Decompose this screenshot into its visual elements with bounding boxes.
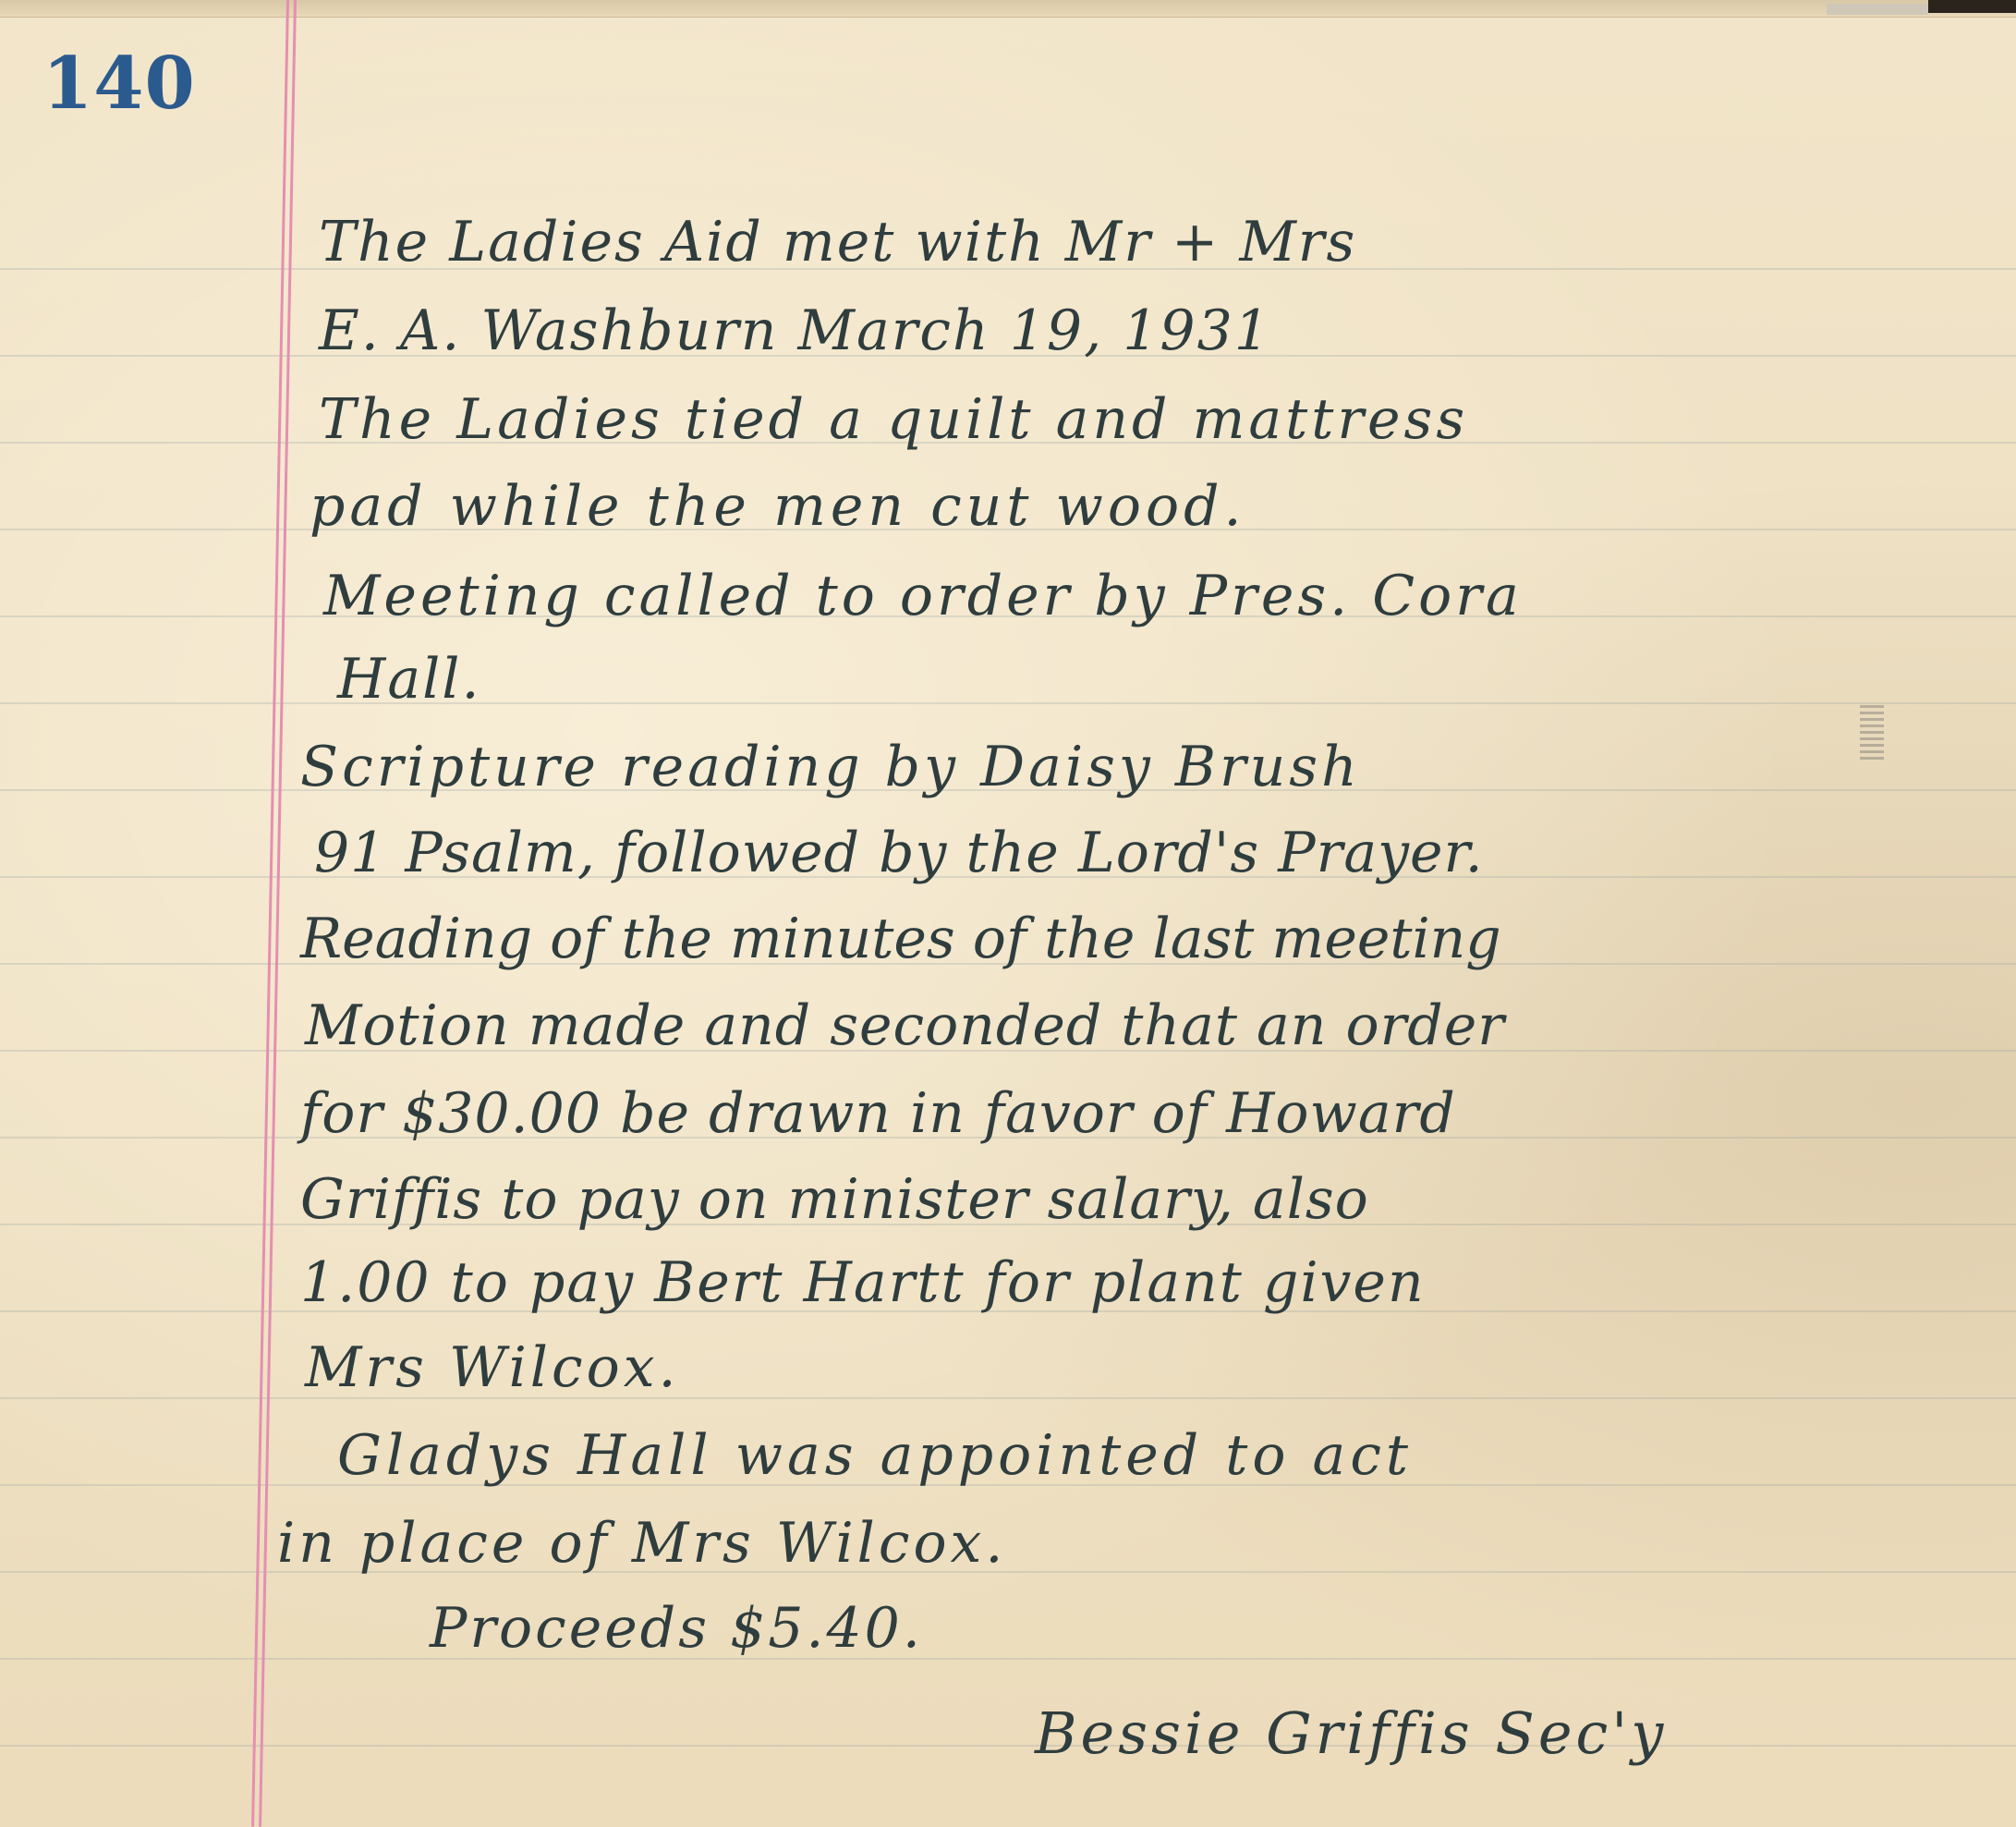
text-line: The Ladies tied a quilt and mattress [319, 392, 1468, 447]
text-line: Hall. [337, 652, 481, 707]
text-line: The Ladies Aid met with Mr + Mrs [319, 214, 1356, 270]
page-edge-shadow [1827, 4, 1928, 15]
ruled-line [0, 1658, 2016, 1660]
text-line: for $30.00 be drawn in favor of Howard [300, 1086, 1456, 1141]
page-number: 140 [43, 48, 196, 120]
secretary-signature: Bessie Griffis Sec'y [1035, 1705, 1667, 1762]
ruled-line [0, 1745, 2016, 1747]
page-top-edge [0, 0, 2016, 18]
text-line: Griffis to pay on minister salary, also [300, 1172, 1369, 1227]
ink-smudge [1860, 705, 1884, 762]
text-line: pad while the men cut wood. [310, 479, 1246, 534]
text-line: Reading of the minutes of the last meeti… [300, 911, 1501, 967]
ruled-line [0, 1397, 2016, 1399]
text-line: 91 Psalm, followed by the Lord's Prayer. [314, 825, 1484, 881]
text-line: Mrs Wilcox. [305, 1340, 680, 1395]
text-line: Motion made and seconded that an order [305, 998, 1505, 1054]
text-line: Meeting called to order by Pres. Cora [323, 568, 1523, 624]
book-binding-corner [1928, 0, 2016, 13]
text-line: E. A. Washburn March 19, 1931 [319, 303, 1271, 359]
text-line: 1.00 to pay Bert Hartt for plant given [300, 1255, 1426, 1310]
ledger-page: 140 The Ladies Aid met with Mr + Mrs E. … [0, 0, 2016, 1827]
text-line: Scripture reading by Daisy Brush [300, 739, 1361, 795]
text-line: Gladys Hall was appointed to act [337, 1428, 1413, 1483]
ruled-line [0, 702, 2016, 704]
text-line: in place of Mrs Wilcox. [277, 1516, 1006, 1571]
text-line: Proceeds $5.40. [430, 1601, 923, 1656]
